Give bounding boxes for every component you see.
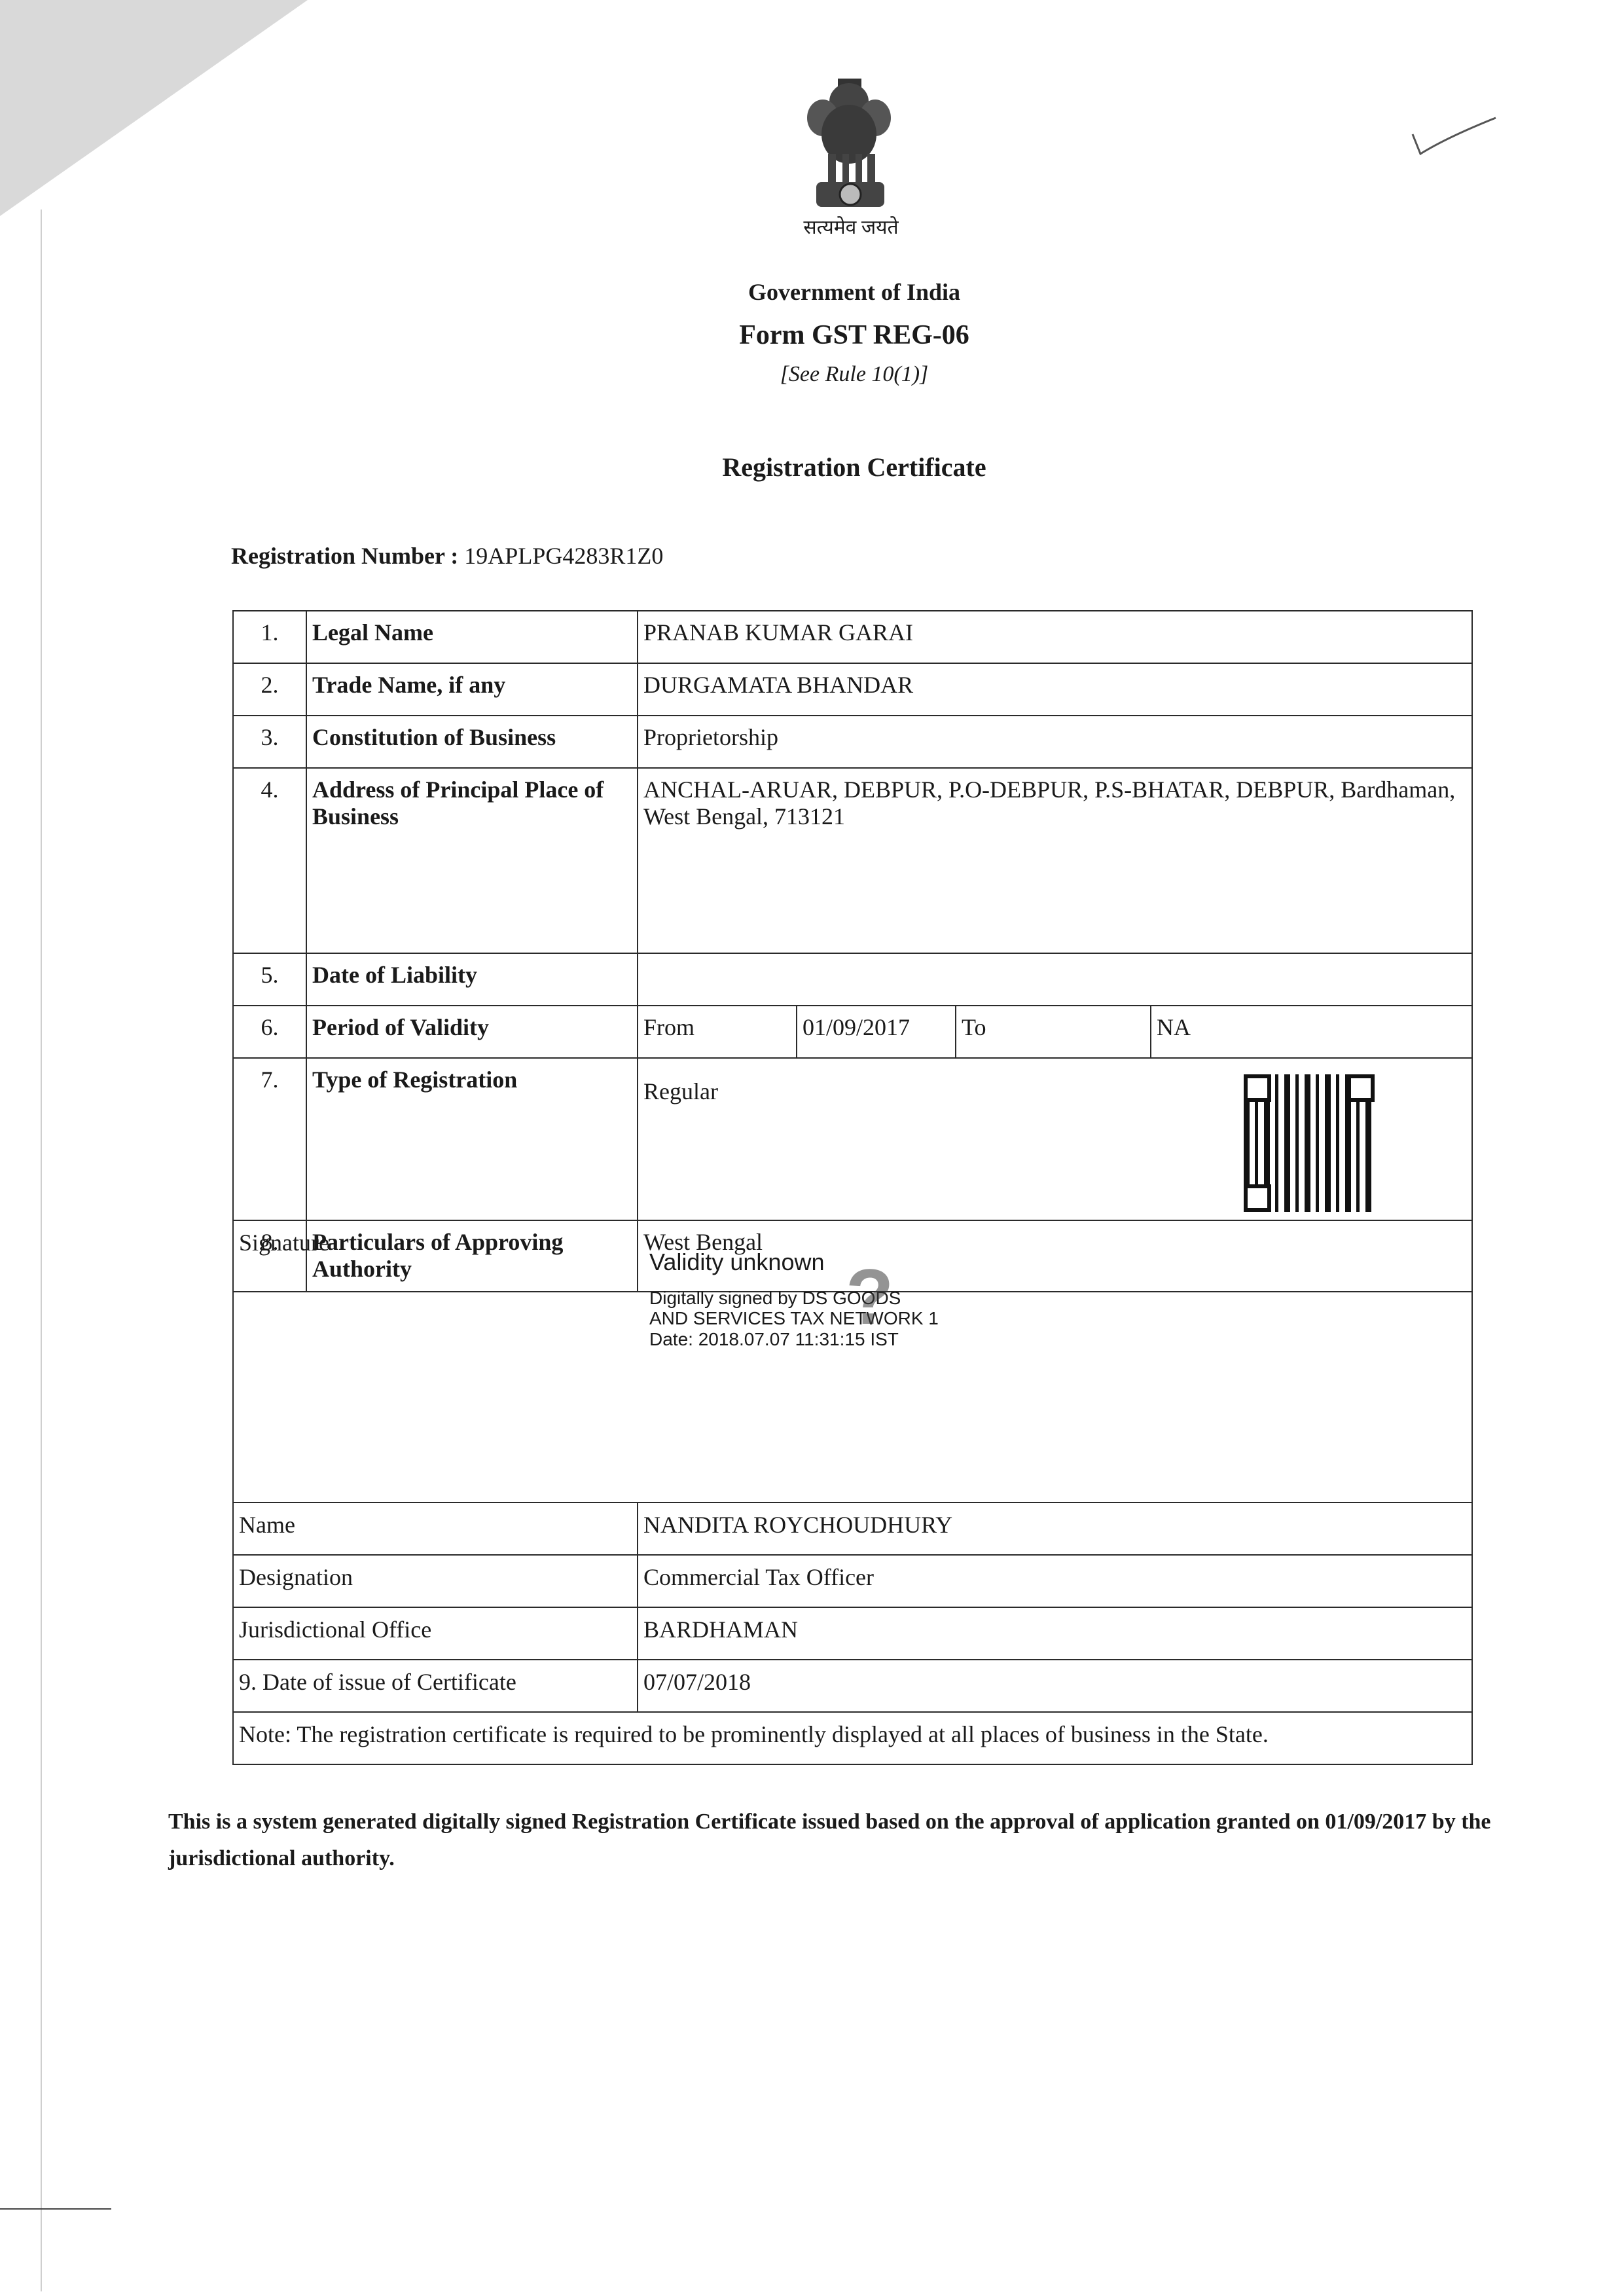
issue-date-label: 9. Date of issue of Certificate: [233, 1660, 638, 1712]
row-number: 2.: [233, 663, 306, 716]
signature-date: Date: 2018.07.07 11:31:15 IST: [649, 1329, 939, 1349]
designation-value: Commercial Tax Officer: [638, 1555, 1472, 1607]
table-row: 2. Trade Name, if any DURGAMATA BHANDAR: [233, 663, 1472, 716]
row-label: Address of Principal Place of Business: [306, 768, 638, 953]
table-row: Note: The registration certificate is re…: [233, 1712, 1472, 1764]
jurisdictional-office-label: Jurisdictional Office: [233, 1607, 638, 1660]
validity-to-label: To: [956, 1006, 1151, 1058]
row-label: Constitution of Business: [306, 716, 638, 768]
registration-number-label: Registration Number :: [231, 543, 458, 569]
national-emblem-icon: [802, 72, 897, 213]
address-value: ANCHAL-ARUAR, DEBPUR, P.O-DEBPUR, P.S-BH…: [638, 768, 1472, 953]
row-number: 5.: [233, 953, 306, 1006]
government-heading: Government of India: [0, 278, 1624, 306]
row-label: Type of Registration: [306, 1058, 638, 1220]
signature-cell: Signature ? Validity unknown Digitally s…: [233, 1220, 1472, 1503]
date-of-liability-value: [638, 953, 1472, 1006]
signature-signer-line1: Digitally signed by DS GOODS: [649, 1288, 939, 1308]
scan-page-edge: [41, 210, 42, 2291]
emblem-motto: सत्यमेव जयते: [772, 213, 929, 240]
table-row: 5. Date of Liability: [233, 953, 1472, 1006]
jurisdictional-office-value: BARDHAMAN: [638, 1607, 1472, 1660]
row-number: 1.: [233, 611, 306, 663]
row-number: 6.: [233, 1006, 306, 1058]
form-name: Form GST REG-06: [0, 319, 1624, 351]
signature-validity: Validity unknown: [649, 1248, 939, 1276]
check-mark-icon: [1407, 105, 1499, 164]
trade-name-value: DURGAMATA BHANDAR: [638, 663, 1472, 716]
display-note: Note: The registration certificate is re…: [233, 1712, 1472, 1764]
row-number: 4.: [233, 768, 306, 953]
scan-mark: [0, 2208, 111, 2210]
row-label: Period of Validity: [306, 1006, 638, 1058]
row-number: 3.: [233, 716, 306, 768]
table-row: Jurisdictional Office BARDHAMAN: [233, 1607, 1472, 1660]
officer-name-label: Name: [233, 1503, 638, 1555]
qr-code-icon: [1244, 1074, 1375, 1212]
validity-from-label: From: [638, 1006, 797, 1058]
row-number: 7.: [233, 1058, 306, 1220]
question-mark-icon: ?: [846, 1252, 893, 1342]
row-label: Trade Name, if any: [306, 663, 638, 716]
issue-date-value: 07/07/2018: [638, 1660, 1472, 1712]
digital-signature-block[interactable]: ? Validity unknown Digitally signed by D…: [649, 1248, 939, 1349]
constitution-value: Proprietorship: [638, 716, 1472, 768]
signature-signer-line2: AND SERVICES TAX NETWORK 1: [649, 1308, 939, 1328]
registration-number-value: 19APLPG4283R1Z0: [464, 543, 663, 569]
table-row: 9. Date of issue of Certificate 07/07/20…: [233, 1660, 1472, 1712]
table-row: 3. Constitution of Business Proprietorsh…: [233, 716, 1472, 768]
registration-type-value: Regular: [643, 1078, 718, 1105]
validity-to-value: NA: [1151, 1006, 1472, 1058]
row-label: Legal Name: [306, 611, 638, 663]
validity-from-value: 01/09/2017: [797, 1006, 956, 1058]
row-label: Date of Liability: [306, 953, 638, 1006]
officer-name-value: NANDITA ROYCHOUDHURY: [638, 1503, 1472, 1555]
signature-table: Signature ? Validity unknown Digitally s…: [232, 1220, 1473, 1765]
registration-number: Registration Number : 19APLPG4283R1Z0: [231, 542, 663, 570]
table-row: 1. Legal Name PRANAB KUMAR GARAI: [233, 611, 1472, 663]
table-row: 4. Address of Principal Place of Busines…: [233, 768, 1472, 953]
legal-name-value: PRANAB KUMAR GARAI: [638, 611, 1472, 663]
certificate-title: Registration Certificate: [0, 452, 1624, 483]
table-row: Name NANDITA ROYCHOUDHURY: [233, 1503, 1472, 1555]
signature-row: Signature ? Validity unknown Digitally s…: [233, 1220, 1472, 1503]
rule-reference: [See Rule 10(1)]: [0, 362, 1624, 387]
table-row: 6. Period of Validity From 01/09/2017 To…: [233, 1006, 1472, 1058]
table-row: Designation Commercial Tax Officer: [233, 1555, 1472, 1607]
system-generated-footer: This is a system generated digitally sig…: [168, 1804, 1549, 1877]
registration-type-cell: Regular: [638, 1058, 1472, 1220]
signature-label: Signature: [239, 1230, 329, 1256]
table-row: 7. Type of Registration Regular: [233, 1058, 1472, 1220]
scan-corner-fold: [0, 0, 308, 216]
registration-details-table: 1. Legal Name PRANAB KUMAR GARAI 2. Trad…: [232, 610, 1473, 1292]
designation-label: Designation: [233, 1555, 638, 1607]
